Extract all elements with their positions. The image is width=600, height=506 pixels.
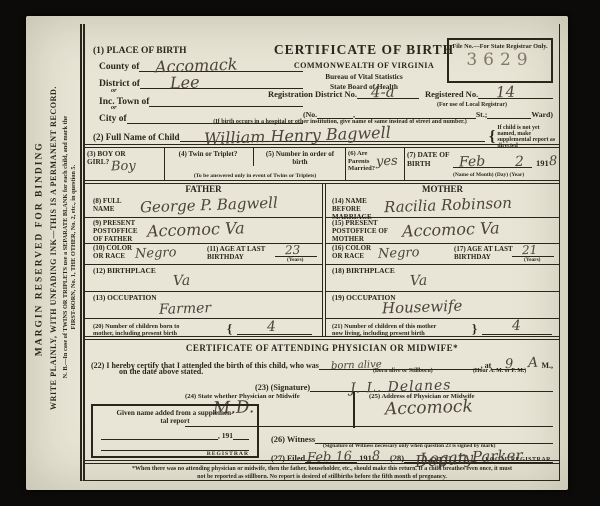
mother-heading: MOTHER [326,184,559,196]
commonwealth-line: COMMONWEALTH OF VIRGINIA [271,61,457,70]
q23-label: (23) (Signature) [255,383,310,392]
reg-district-line: 4-a [357,86,419,99]
registered-no-label: Registered No. [425,89,478,99]
q24-q25-divider [353,392,355,428]
father-postoffice-row: (9) PRESENT POSTOFFICE OF FATHER Accomoc… [85,218,322,244]
supplemental-line1: Given name added from a supplemen- [93,409,257,417]
town-label: Inc. Town of [99,97,149,107]
q6-cell: (6) Are Parents Married? yes [346,148,405,180]
q14-handwriting: Racilia Robinson [384,196,512,215]
q11-handwriting: 23 [285,244,301,257]
q10-label: (10) COLOR OR RACE [93,245,133,261]
ward-line [487,108,531,119]
q7-day-handwriting: 2 [515,155,524,169]
father-occupation-row: (13) OCCUPATION Farmer [85,292,322,319]
q7-year-printed: 191 [536,158,549,168]
q17-years-note: (Years) [524,257,540,263]
father-heading: FATHER [85,184,322,196]
supplemental-line2: tal report [93,417,257,425]
supplemental-registrar-row: REGISTRAR [93,449,257,457]
address-row: (No. , St.; Ward) [303,108,553,119]
margin-binding-note: MARGIN RESERVED FOR BINDING [35,49,45,449]
q7-year-handwriting: 8 [548,155,557,168]
registered-no-handwriting: 14 [496,85,516,101]
q26-label: (26) Witness [271,435,315,444]
q22-hour-note: (Hour A. M. or P. M.) [473,368,526,374]
no-label: (No. [303,110,317,119]
q16-handwriting: Negro [378,246,420,260]
ward-label: Ward) [531,110,553,119]
q20-handwriting: 4 [267,320,276,334]
q21-label: (21) Number of children of this mother n… [332,323,436,337]
footnote-line1: *When there was no attending physician o… [85,466,559,474]
q7-cell: (7) DATE OF BIRTH Feb 2 191 8 (Name of M… [405,148,559,180]
child-name-line: William Henry Bagwell [180,127,486,142]
q11-label: (11) AGE AT LAST BIRTHDAY [207,246,287,262]
city-label: City of [99,114,127,124]
st-label: St.; [476,110,487,119]
reg-district-label: Registration District No. [268,89,357,99]
footnote-line2: not be reported as stillborn. No report … [85,474,559,482]
q20-brace: { [227,321,232,337]
q11-years-note: (Years) [287,257,303,263]
certificate-form: (1) PLACE OF BIRTH County of Accomack Di… [80,24,560,481]
q20-label-line1: (20) Number of children born to [93,323,179,330]
county-label: County of [99,62,139,72]
q6-handwriting: yes [376,155,398,169]
q4-q5-cell: (4) Twin or Triplet? (5) Number in order… [165,148,346,180]
father-birthplace-row: (12) BIRTHPLACE Va [85,265,322,292]
place-of-birth-heading: (1) PLACE OF BIRTH [93,46,187,56]
q9-handwriting: Accomoc Va [147,220,245,239]
certificate-paper: MARGIN RESERVED FOR BINDING WRITE PLAINL… [26,16,568,490]
file-number-label: File No.—For State Registrar Only. [449,40,551,50]
physician-heading: CERTIFICATE OF ATTENDING PHYSICIAN OR MI… [85,343,559,353]
child-note-line1: If child is not yet named, make [497,125,557,137]
q7-label: (7) DATE OF BIRTH [407,151,453,168]
mother-postoffice-row: (15) PRESENT POSTOFFICE OF MOTHER Accomo… [326,218,559,244]
street-line [355,108,476,119]
bureau-line: Bureau of Vital Statistics [271,72,457,81]
mother-occupation-row: (19) OCCUPATION Housewife [326,292,559,319]
q18-handwriting: Va [410,274,428,289]
father-race-age-row: (10) COLOR OR RACE Negro (11) AGE AT LAS… [85,244,322,265]
q9-label: (9) PRESENT POSTOFFICE OF FATHER [93,220,148,243]
margin-twins-note-2: FIRST-BORN, No. 1, THE OTHER, No. 2, etc… [71,47,77,447]
q7-note: (Name of Month) (Day) (Year) [453,172,557,178]
district-label: District of [99,79,140,89]
q22-ampm-handwriting: A [528,356,539,370]
supplemental-registrar-label: REGISTRAR [101,451,249,457]
q7-month-line: Feb 2 [453,157,532,168]
mother-race-age-row: (16) COLOR OR RACE Negro (17) AGE AT LAS… [326,244,559,265]
q3-handwriting: Boy [111,160,136,174]
parents-section: FATHER (8) FULL NAME George P. Bagwell (… [85,184,559,336]
q22-line2: on the date above stated. [119,367,203,376]
q12-handwriting: Va [173,274,191,289]
child-name-label: (2) Full Name of Child [93,132,180,142]
q21-brace: } [472,321,477,337]
row-3-to-7: (3) BOY OR GIRL? Boy (4) Twin or Triplet… [85,144,559,184]
mother-birthplace-row: (18) BIRTHPLACE Va [326,265,559,292]
q7-row: (7) DATE OF BIRTH Feb 2 191 8 [407,151,557,168]
supplemental-date-row: , 191 [93,431,257,440]
mother-column: MOTHER (14) NAME BEFORE MARRIAGE Racilia… [322,184,559,336]
q4-label: (4) Twin or Triplet? [171,150,245,158]
file-number-box: File No.—For State Registrar Only. 3629 [447,38,553,83]
q8-label: (8) FULL NAME [93,198,133,214]
q4-q5-divider [253,148,254,166]
q7-month-handwriting: Feb [459,155,486,170]
q23-row: (23) (Signature) J. L. Delanes [255,380,553,392]
scanned-birth-certificate: MARGIN RESERVED FOR BINDING WRITE PLAINL… [0,0,600,506]
q45-note: (To be answered only in event of Twins o… [165,173,345,179]
q13-handwriting: Farmer [159,301,212,317]
mother-name-row: (14) NAME BEFORE MARRIAGE Racilia Robins… [326,196,559,218]
margin-twins-note-1: N. B.—In case of TWINS OR TRIPLETS use a… [63,47,69,447]
q25-handwriting: Accomock [385,398,473,418]
q8-handwriting: George P. Bagwell [140,196,278,216]
q18-label: (18) BIRTHPLACE [332,267,395,275]
no-line [317,108,353,119]
q23-signature-line: J. L. Delanes [310,380,553,392]
father-column: FATHER (8) FULL NAME George P. Bagwell (… [85,184,322,336]
certificate-title: CERTIFICATE OF BIRTH [271,42,457,58]
q13-label: (13) OCCUPATION [93,294,157,302]
q21-line [482,334,552,335]
q21-label-line1: (21) Number of children of this mother [332,323,436,330]
title-block: CERTIFICATE OF BIRTH COMMONWEALTH OF VIR… [271,42,457,91]
q5-label: (5) Number in order of birth [259,150,341,166]
margin-permanent-note: WRITE PLAINLY, WITH UNFADING INK—THIS IS… [50,48,58,448]
q15-label: (15) PRESENT POSTOFFICE OF MOTHER [332,220,390,243]
q22-alive-note: (Born alive or Stillborn) [373,368,433,374]
q3-cell: (3) BOY OR GIRL? Boy [85,148,165,180]
file-number-stamp: 3629 [449,50,551,70]
q10-handwriting: Negro [135,246,177,260]
registered-no-line: 14 [478,86,553,99]
footnote: *When there was no attending physician o… [85,460,559,482]
q12-label: (12) BIRTHPLACE [93,267,156,275]
q22-m-label: M., [541,361,553,370]
q19-handwriting: Housewife [382,299,463,317]
q17-handwriting: 21 [522,244,538,257]
q15-handwriting: Accomoc Va [402,220,500,239]
registration-row: Registration District No. 4-a Registered… [268,86,553,99]
father-name-row: (8) FULL NAME George P. Bagwell [85,196,322,218]
reg-district-handwriting: 4-a [371,85,395,101]
child-name-row: (2) Full Name of Child William Henry Bag… [93,127,485,142]
q16-label: (16) COLOR OR RACE [332,245,372,261]
binding-margin: MARGIN RESERVED FOR BINDING WRITE PLAINL… [26,16,80,490]
supplemental-date-line [101,431,218,440]
q21-handwriting: 4 [512,319,521,333]
q20-label: (20) Number of children born to mother, … [93,323,179,337]
supplemental-box: Given name added from a supplemen- tal r… [91,404,259,458]
supplemental-year-label: , 191 [218,431,233,440]
supplemental-year-line [233,431,249,440]
district-handwriting: Lee [170,74,200,91]
